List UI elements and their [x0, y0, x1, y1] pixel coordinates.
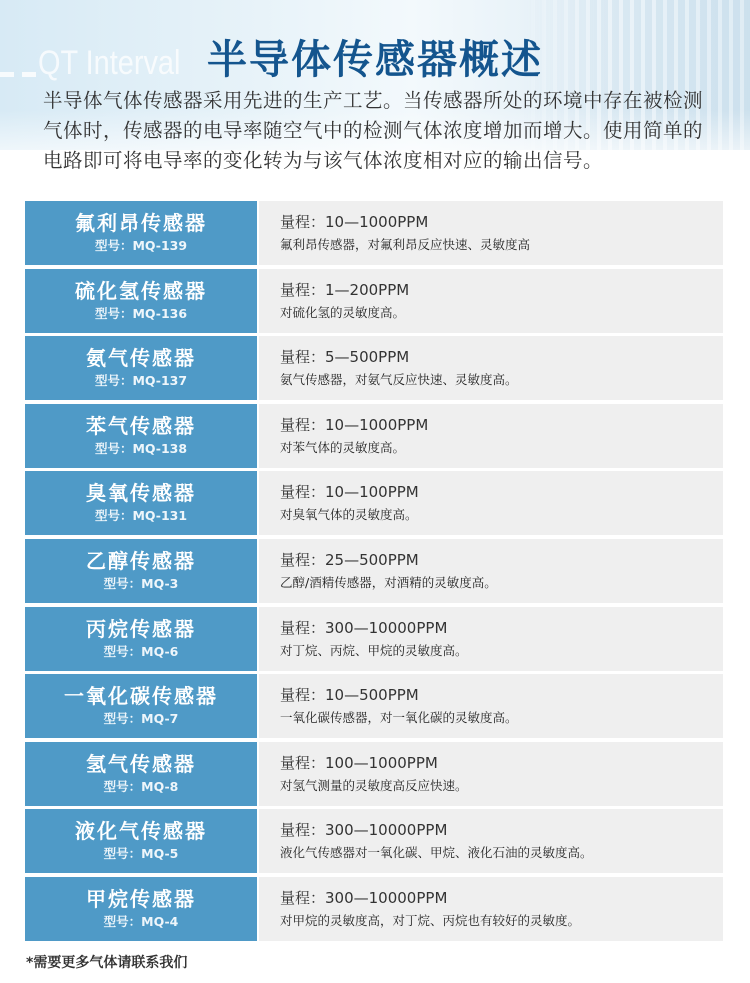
sensor-description: 氨气传感器，对氨气反应快速、灵敏度高。: [280, 369, 723, 391]
intro-paragraph: 半导体气体传感器采用先进的生产工艺。当传感器所处的环境中存在被检测气体时，传感器…: [43, 86, 713, 176]
table-row: 丙烷传感器 型号：MQ-6 量程：300—10000PPM 对丁烷、丙烷、甲烷的…: [25, 607, 723, 671]
sensor-description: 对丁烷、丙烷、甲烷的灵敏度高。: [280, 640, 723, 662]
sensor-name-cell: 氨气传感器 型号：MQ-137: [25, 336, 257, 400]
sensor-name: 苯气传感器: [86, 413, 196, 439]
sensor-description: 液化气传感器对一氧化碳、甲烷、液化石油的灵敏度高。: [280, 842, 723, 864]
sensor-model: 型号：MQ-7: [104, 709, 179, 729]
sensor-range: 量程：1—200PPM: [280, 278, 723, 302]
sensor-description: 对臭氧气体的灵敏度高。: [280, 504, 723, 526]
sensor-range: 量程：10—500PPM: [280, 683, 723, 707]
sensor-range: 量程：5—500PPM: [280, 345, 723, 369]
table-row: 臭氧传感器 型号：MQ-131 量程：10—100PPM 对臭氧气体的灵敏度高。: [25, 471, 723, 535]
sensor-range: 量程：10—1000PPM: [280, 210, 723, 234]
table-row: 液化气传感器 型号：MQ-5 量程：300—10000PPM 液化气传感器对一氧…: [25, 809, 723, 873]
sensor-detail-cell: 量程：100—1000PPM 对氢气测量的灵敏度高反应快速。: [259, 742, 723, 806]
sensor-detail-cell: 量程：300—10000PPM 对甲烷的灵敏度高，对丁烷、丙烷也有较好的灵敏度。: [259, 877, 723, 941]
sensor-detail-cell: 量程：300—10000PPM 对丁烷、丙烷、甲烷的灵敏度高。: [259, 607, 723, 671]
table-row: 乙醇传感器 型号：MQ-3 量程：25—500PPM 乙醇/酒精传感器，对酒精的…: [25, 539, 723, 603]
sensor-model: 型号：MQ-8: [104, 777, 179, 797]
sensor-name-cell: 硫化氢传感器 型号：MQ-136: [25, 269, 257, 333]
sensor-description: 对苯气体的灵敏度高。: [280, 437, 723, 459]
sensor-name-cell: 一氧化碳传感器 型号：MQ-7: [25, 674, 257, 738]
sensor-description: 一氧化碳传感器，对一氧化碳的灵敏度高。: [280, 707, 723, 729]
sensor-name-cell: 氟利昂传感器 型号：MQ-139: [25, 201, 257, 265]
sensor-model: 型号：MQ-131: [95, 506, 187, 526]
sensor-name-cell: 氢气传感器 型号：MQ-8: [25, 742, 257, 806]
sensor-detail-cell: 量程：1—200PPM 对硫化氢的灵敏度高。: [259, 269, 723, 333]
sensor-model: 型号：MQ-138: [95, 439, 187, 459]
sensor-name: 氨气传感器: [86, 345, 196, 371]
sensor-range: 量程：25—500PPM: [280, 548, 723, 572]
sensor-name: 液化气传感器: [75, 818, 207, 844]
sensor-model: 型号：MQ-137: [95, 371, 187, 391]
contact-footnote: *需要更多气体请联系我们: [26, 952, 187, 972]
sensor-detail-cell: 量程：25—500PPM 乙醇/酒精传感器，对酒精的灵敏度高。: [259, 539, 723, 603]
sensor-name-cell: 乙醇传感器 型号：MQ-3: [25, 539, 257, 603]
sensor-detail-cell: 量程：300—10000PPM 液化气传感器对一氧化碳、甲烷、液化石油的灵敏度高…: [259, 809, 723, 873]
sensor-range: 量程：300—10000PPM: [280, 616, 723, 640]
sensor-name: 乙醇传感器: [86, 548, 196, 574]
table-row: 氨气传感器 型号：MQ-137 量程：5—500PPM 氨气传感器，对氨气反应快…: [25, 336, 723, 400]
sensor-range: 量程：300—10000PPM: [280, 886, 723, 910]
table-row: 一氧化碳传感器 型号：MQ-7 量程：10—500PPM 一氧化碳传感器，对一氧…: [25, 674, 723, 738]
sensor-detail-cell: 量程：10—100PPM 对臭氧气体的灵敏度高。: [259, 471, 723, 535]
sensor-model: 型号：MQ-6: [104, 642, 179, 662]
sensor-range: 量程：10—100PPM: [280, 480, 723, 504]
sensor-description: 对硫化氢的灵敏度高。: [280, 302, 723, 324]
table-row: 氟利昂传感器 型号：MQ-139 量程：10—1000PPM 氟利昂传感器，对氟…: [25, 201, 723, 265]
sensor-description: 乙醇/酒精传感器，对酒精的灵敏度高。: [280, 572, 723, 594]
sensor-name: 硫化氢传感器: [75, 278, 207, 304]
sensor-name: 甲烷传感器: [86, 886, 196, 912]
sensor-range: 量程：300—10000PPM: [280, 818, 723, 842]
table-row: 甲烷传感器 型号：MQ-4 量程：300—10000PPM 对甲烷的灵敏度高，对…: [25, 877, 723, 941]
sensor-detail-cell: 量程：5—500PPM 氨气传感器，对氨气反应快速、灵敏度高。: [259, 336, 723, 400]
sensor-table: 氟利昂传感器 型号：MQ-139 量程：10—1000PPM 氟利昂传感器，对氟…: [25, 201, 723, 945]
sensor-name-cell: 甲烷传感器 型号：MQ-4: [25, 877, 257, 941]
sensor-range: 量程：10—1000PPM: [280, 413, 723, 437]
sensor-detail-cell: 量程：10—1000PPM 对苯气体的灵敏度高。: [259, 404, 723, 468]
sensor-range: 量程：100—1000PPM: [280, 751, 723, 775]
sensor-detail-cell: 量程：10—500PPM 一氧化碳传感器，对一氧化碳的灵敏度高。: [259, 674, 723, 738]
sensor-name-cell: 苯气传感器 型号：MQ-138: [25, 404, 257, 468]
sensor-model: 型号：MQ-4: [104, 912, 179, 932]
sensor-name-cell: 丙烷传感器 型号：MQ-6: [25, 607, 257, 671]
sensor-name-cell: 液化气传感器 型号：MQ-5: [25, 809, 257, 873]
table-row: 苯气传感器 型号：MQ-138 量程：10—1000PPM 对苯气体的灵敏度高。: [25, 404, 723, 468]
sensor-name: 臭氧传感器: [86, 480, 196, 506]
sensor-detail-cell: 量程：10—1000PPM 氟利昂传感器，对氟利昂反应快速、灵敏度高: [259, 201, 723, 265]
sensor-model: 型号：MQ-3: [104, 574, 179, 594]
sensor-name: 氢气传感器: [86, 751, 196, 777]
sensor-model: 型号：MQ-5: [104, 844, 179, 864]
sensor-description: 氟利昂传感器，对氟利昂反应快速、灵敏度高: [280, 234, 723, 256]
sensor-name: 氟利昂传感器: [75, 210, 207, 236]
sensor-name-cell: 臭氧传感器 型号：MQ-131: [25, 471, 257, 535]
sensor-description: 对甲烷的灵敏度高，对丁烷、丙烷也有较好的灵敏度。: [280, 910, 723, 932]
sensor-model: 型号：MQ-139: [95, 236, 187, 256]
page-title: 半导体传感器概述: [0, 28, 750, 85]
sensor-model: 型号：MQ-136: [95, 304, 187, 324]
table-row: 氢气传感器 型号：MQ-8 量程：100—1000PPM 对氢气测量的灵敏度高反…: [25, 742, 723, 806]
sensor-description: 对氢气测量的灵敏度高反应快速。: [280, 775, 723, 797]
sensor-name: 一氧化碳传感器: [64, 683, 218, 709]
table-row: 硫化氢传感器 型号：MQ-136 量程：1—200PPM 对硫化氢的灵敏度高。: [25, 269, 723, 333]
sensor-name: 丙烷传感器: [86, 616, 196, 642]
